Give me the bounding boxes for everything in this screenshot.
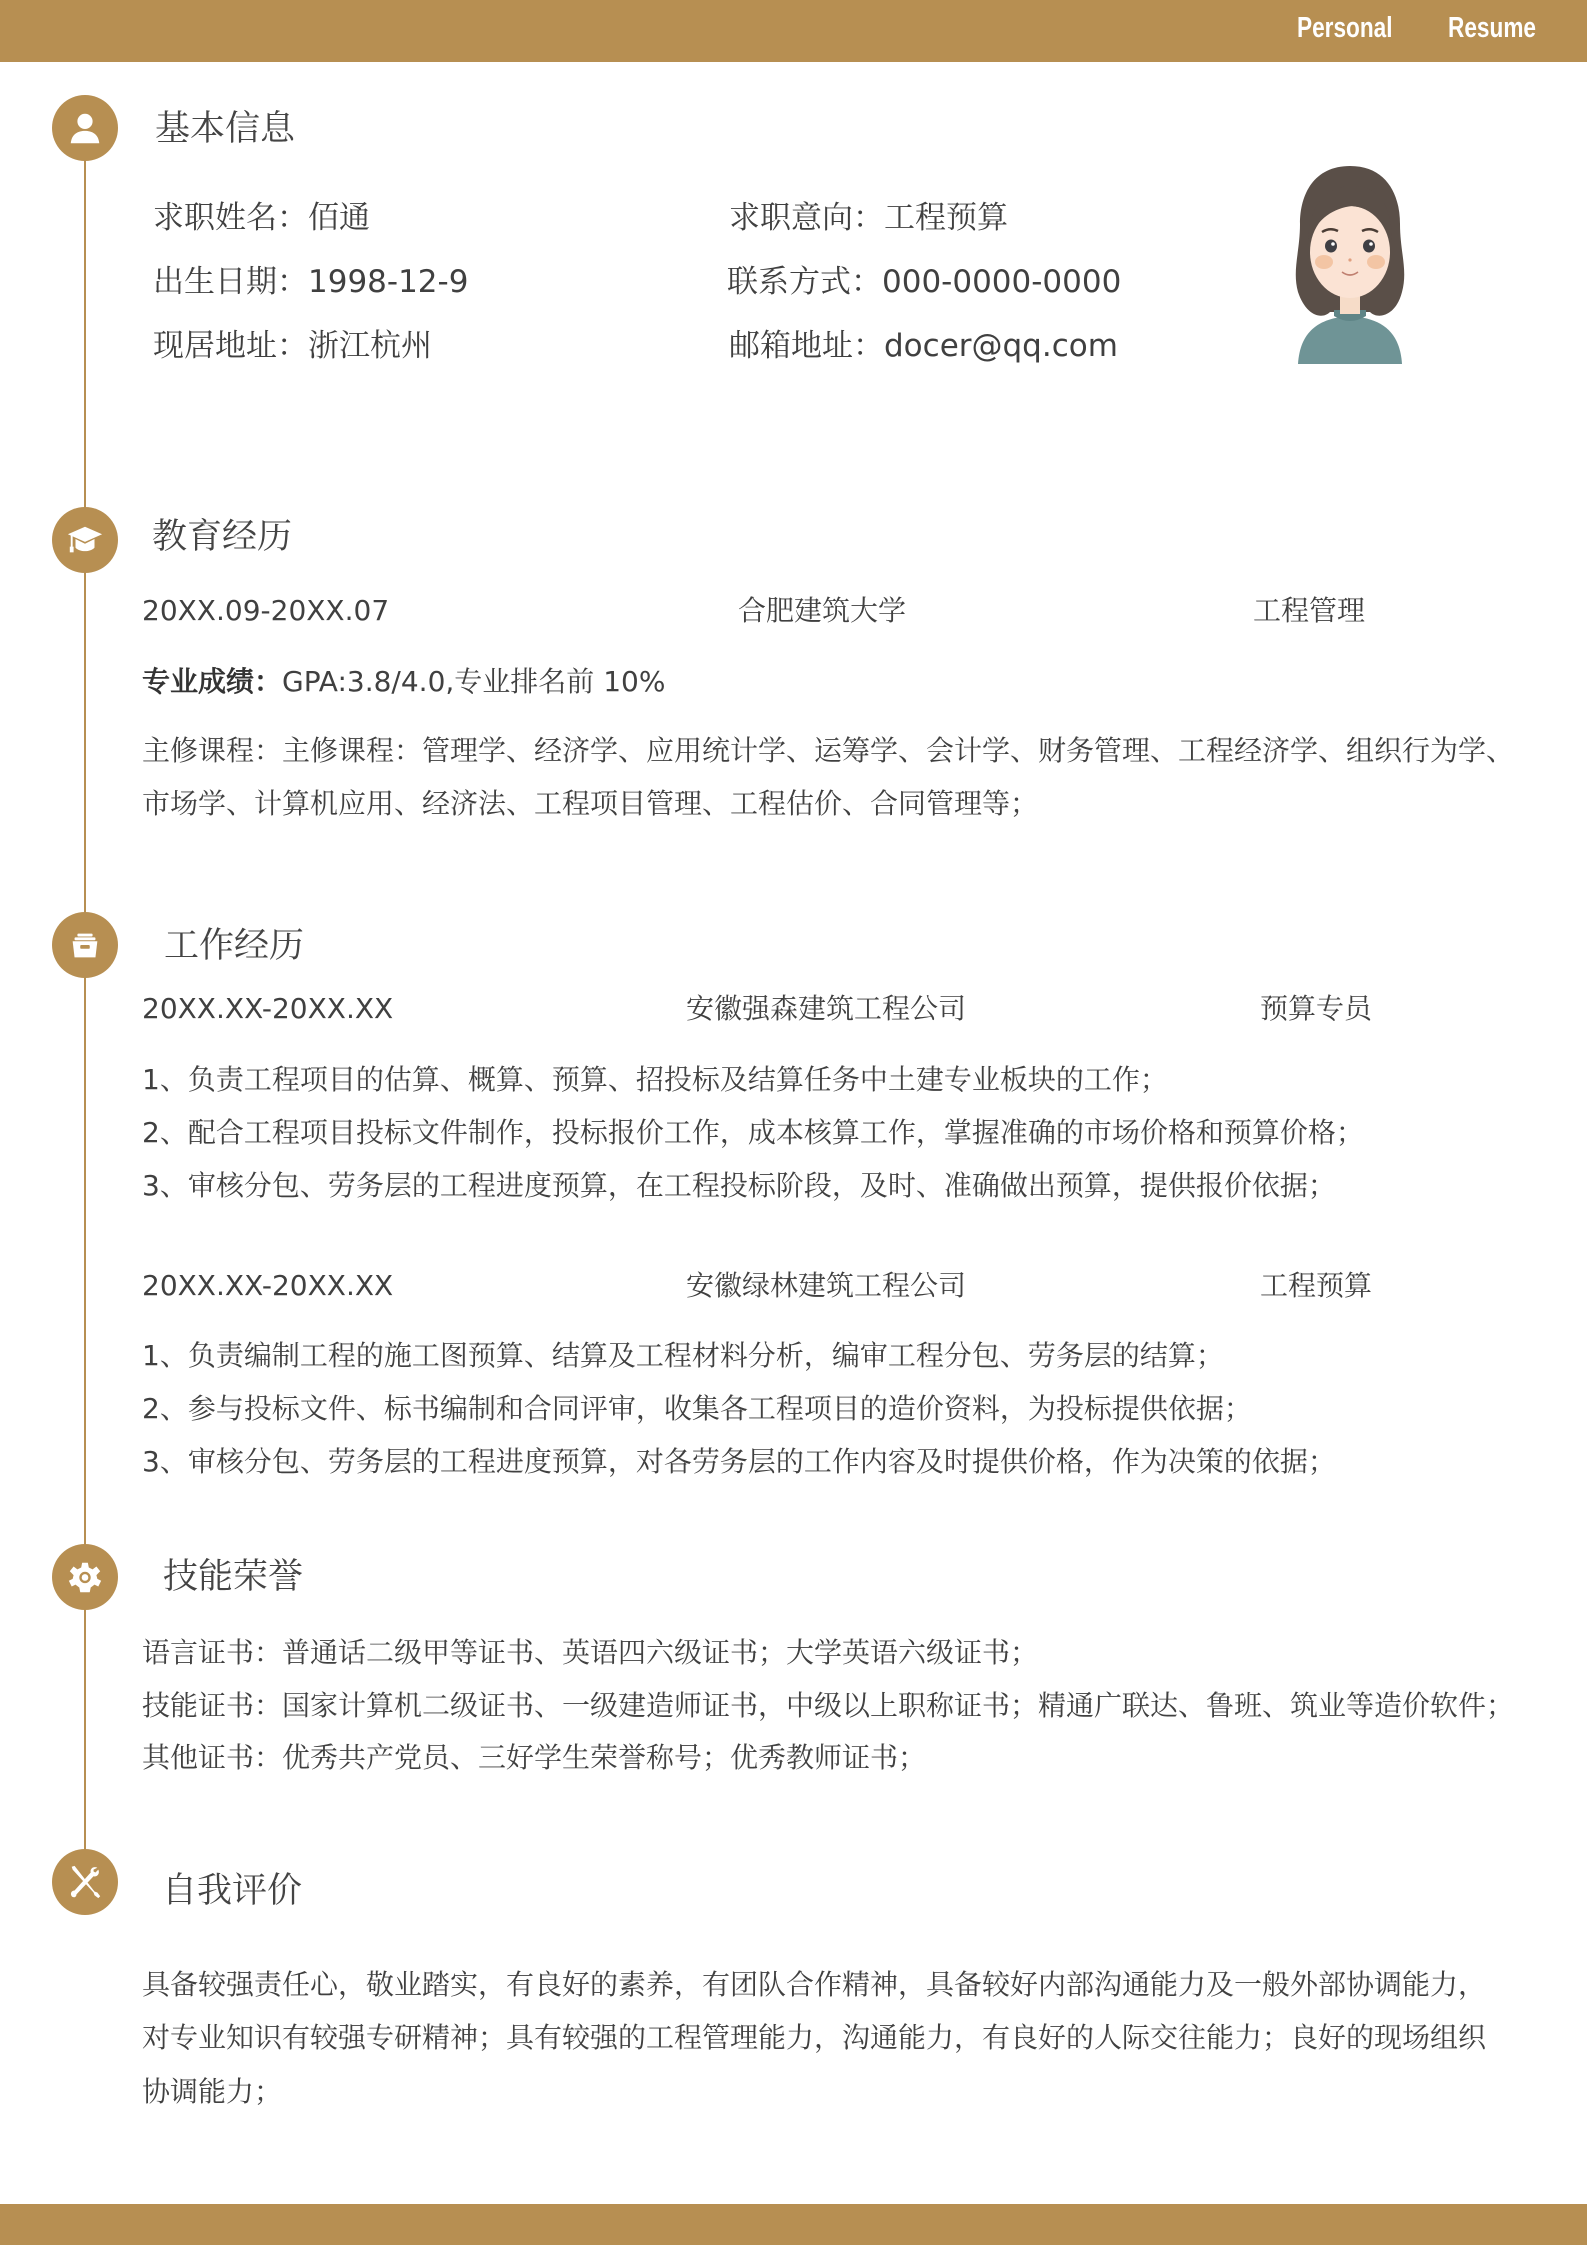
section-title-basic-info: 基本信息 — [155, 112, 295, 147]
job-2-company: 安徽绿林建筑工程公司 — [686, 1272, 966, 1300]
email-field: 邮箱地址：docer@qq.com — [729, 331, 1118, 362]
job-1-company: 安徽强森建筑工程公司 — [686, 995, 966, 1023]
skills-line-1: 语言证书：普通话二级甲等证书、英语四六级证书；大学英语六级证书； — [142, 1639, 1038, 1667]
job-2-duty-1: 1、负责编制工程的施工图预算、结算及工程材料分析，编审工程分包、劳务层的结算； — [142, 1342, 1224, 1370]
section-title-skills: 技能荣誉 — [163, 1560, 303, 1595]
job-1-duty-2: 2、配合工程项目投标文件制作，投标报价工作，成本核算工作，掌握准确的市场价格和预… — [142, 1119, 1364, 1147]
skills-line-2: 技能证书：国家计算机二级证书、一级建造师证书，中级以上职称证书；精通广联达、鲁班… — [142, 1692, 1514, 1720]
intent-label: 求职意向： — [729, 200, 884, 236]
phone-field: 联系方式：000-0000-0000 — [727, 267, 1121, 298]
courses-line-2: 市场学、计算机应用、经济法、工程项目管理、工程估价、合同管理等； — [142, 790, 1038, 818]
avatar — [1278, 160, 1422, 364]
birth-value: 1998-12-9 — [308, 264, 468, 300]
footer-bar — [0, 2204, 1587, 2245]
intent-field: 求职意向：工程预算 — [729, 203, 1008, 234]
birth-field: 出生日期：1998-12-9 — [153, 267, 468, 298]
intent-value: 工程预算 — [884, 200, 1008, 236]
education-school: 合肥建筑大学 — [738, 597, 906, 625]
gpa-line: 专业成绩：GPA:3.8/4.0,专业排名前 10% — [142, 668, 665, 696]
job-2-duty-3: 3、审核分包、劳务层的工程进度预算，对各劳务层的工作内容及时提供价格，作为决策的… — [142, 1448, 1336, 1476]
phone-label: 联系方式： — [727, 264, 882, 300]
skills-line-3: 其他证书：优秀共产党员、三好学生荣誉称号；优秀教师证书； — [142, 1744, 926, 1772]
name-field: 求职姓名：佰通 — [153, 203, 370, 234]
self-eval-line-1: 具备较强责任心，敬业踏实，有良好的素养，有团队合作精神，具备较好内部沟通能力及一… — [142, 1971, 1486, 1999]
address-value: 浙江杭州 — [308, 328, 432, 364]
gpa-value: GPA:3.8/4.0,专业排名前 10% — [282, 665, 665, 698]
address-label: 现居地址： — [153, 328, 308, 364]
timeline-line — [84, 130, 86, 1882]
education-period: 20XX.09-20XX.07 — [142, 597, 389, 625]
job-1-duty-3: 3、审核分包、劳务层的工程进度预算，在工程投标阶段，及时、准确做出预算，提供报价… — [142, 1172, 1336, 1200]
email-label: 邮箱地址： — [729, 328, 884, 364]
name-label: 求职姓名： — [153, 200, 308, 236]
header-word-personal: Personal — [1297, 12, 1393, 45]
email-value: docer@qq.com — [884, 328, 1118, 364]
job-1-duty-1: 1、负责工程项目的估算、概算、预算、招投标及结算任务中土建专业板块的工作； — [142, 1066, 1168, 1094]
header-word-resume: Resume — [1448, 12, 1536, 45]
section-title-work: 工作经历 — [164, 929, 304, 964]
section-title-education: 教育经历 — [152, 520, 292, 555]
job-1-period: 20XX.XX-20XX.XX — [142, 995, 393, 1023]
job-2-period: 20XX.XX-20XX.XX — [142, 1272, 393, 1300]
name-value: 佰通 — [308, 200, 370, 236]
job-2-role: 工程预算 — [1260, 1272, 1372, 1300]
graduation-cap-icon — [52, 507, 118, 573]
briefcase-icon — [52, 912, 118, 978]
courses-line-1: 主修课程：主修课程：管理学、经济学、应用统计学、运筹学、会计学、财务管理、工程经… — [142, 737, 1514, 765]
phone-value: 000-0000-0000 — [882, 264, 1121, 300]
gear-icon — [52, 1544, 118, 1610]
tools-icon — [52, 1849, 118, 1915]
address-field: 现居地址：浙江杭州 — [153, 331, 432, 362]
education-major: 工程管理 — [1253, 597, 1365, 625]
self-eval-line-2: 对专业知识有较强专研精神；具有较强的工程管理能力，沟通能力，有良好的人际交往能力… — [142, 2024, 1486, 2052]
header-bar: Personal Resume — [0, 0, 1587, 62]
section-title-self-evaluation: 自我评价 — [162, 1874, 302, 1909]
birth-label: 出生日期： — [153, 264, 308, 300]
job-2-duty-2: 2、参与投标文件、标书编制和合同评审，收集各工程项目的造价资料，为投标提供依据； — [142, 1395, 1252, 1423]
user-icon — [52, 95, 118, 161]
job-1-role: 预算专员 — [1260, 995, 1372, 1023]
self-eval-line-3: 协调能力； — [142, 2078, 282, 2106]
gpa-label: 专业成绩： — [142, 665, 282, 698]
